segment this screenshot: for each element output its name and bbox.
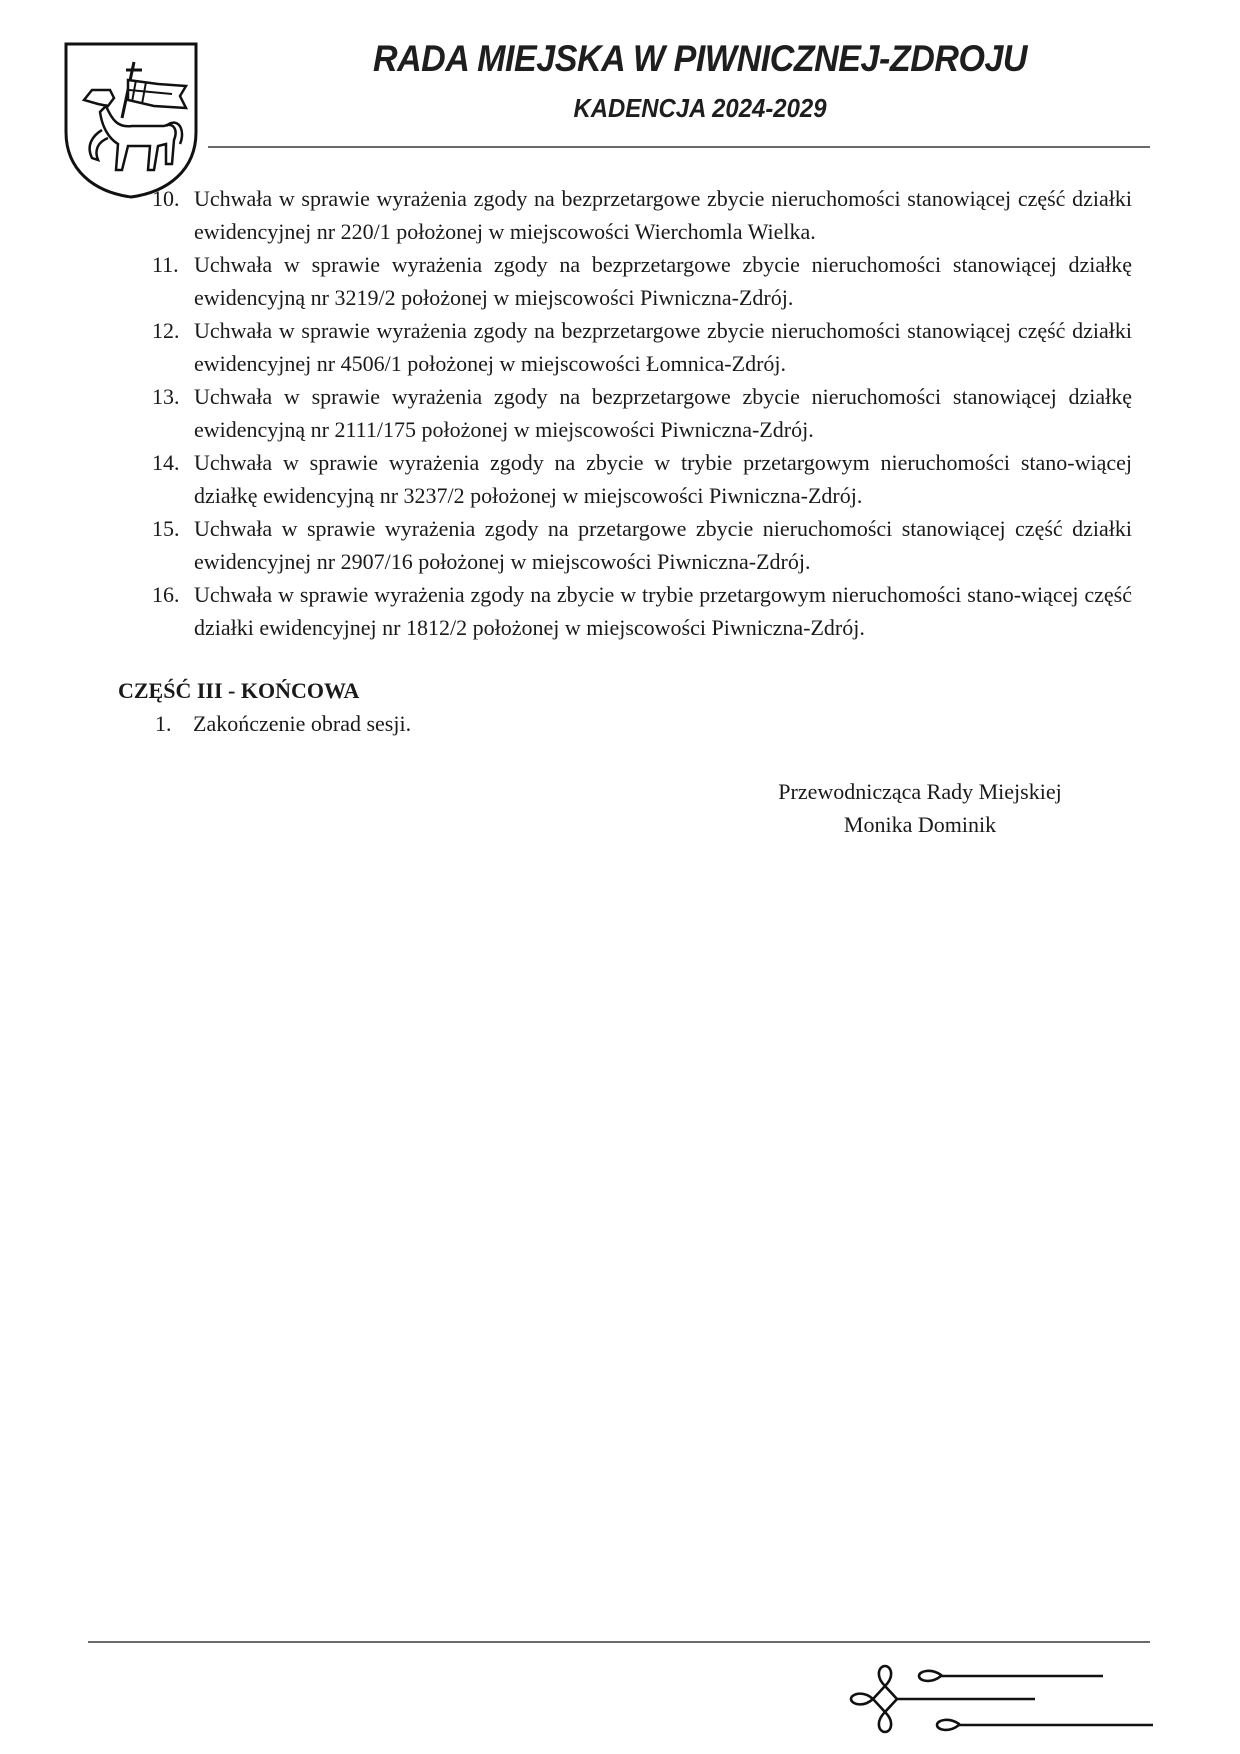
agenda-item: 10. Uchwała w sprawie wyrażenia zgody na… [152, 182, 1132, 248]
agenda-item: 11. Uchwała w sprawie wyrażenia zgody na… [152, 248, 1132, 314]
council-title: RADA MIEJSKA W PIWNICZNEJ-ZDROJU [286, 38, 1114, 80]
item-number: 14. [152, 446, 180, 479]
item-number: 11. [152, 248, 179, 281]
coat-of-arms-icon [62, 40, 200, 200]
item-text: Uchwała w sprawie wyrażenia zgody na zby… [194, 578, 1132, 644]
item-text: Uchwała w sprawie wyrażenia zgody na bez… [194, 314, 1132, 380]
item-text: Uchwała w sprawie wyrażenia zgody na bez… [194, 248, 1132, 314]
agenda-item: 13. Uchwała w sprawie wyrażenia zgody na… [152, 380, 1132, 446]
item-number: 1. [155, 711, 193, 737]
item-text: Uchwała w sprawie wyrażenia zgody na zby… [194, 446, 1132, 512]
footer-divider [88, 1641, 1150, 1643]
signatory-name: Monika Dominik [740, 808, 1100, 841]
term-subtitle: KADENCJA 2024-2029 [286, 93, 1114, 124]
item-number: 16. [152, 578, 180, 611]
item-number: 12. [152, 314, 180, 347]
agenda-item: 14. Uchwała w sprawie wyrażenia zgody na… [152, 446, 1132, 512]
header-divider [208, 146, 1150, 148]
signature-block: Przewodnicząca Rady Miejskiej Monika Dom… [740, 775, 1100, 841]
item-number: 10. [152, 182, 180, 215]
item-text: Uchwała w sprawie wyrażenia zgody na bez… [194, 380, 1132, 446]
item-number: 15. [152, 512, 180, 545]
section-heading: CZĘŚĆ III - KOŃCOWA [118, 678, 359, 704]
signatory-role: Przewodnicząca Rady Miejskiej [740, 775, 1100, 808]
agenda-item: 15. Uchwała w sprawie wyrażenia zgody na… [152, 512, 1132, 578]
decorative-knot-icon [845, 1664, 1165, 1734]
item-text: Zakończenie obrad sesji. [193, 711, 411, 736]
agenda-item: 16. Uchwała w sprawie wyrażenia zgody na… [152, 578, 1132, 644]
item-number: 13. [152, 380, 180, 413]
agenda-list: 10. Uchwała w sprawie wyrażenia zgody na… [152, 182, 1132, 644]
agenda-item: 12. Uchwała w sprawie wyrażenia zgody na… [152, 314, 1132, 380]
item-text: Uchwała w sprawie wyrażenia zgody na bez… [194, 182, 1132, 248]
item-text: Uchwała w sprawie wyrażenia zgody na prz… [194, 512, 1132, 578]
closing-item: 1.Zakończenie obrad sesji. [155, 711, 411, 737]
